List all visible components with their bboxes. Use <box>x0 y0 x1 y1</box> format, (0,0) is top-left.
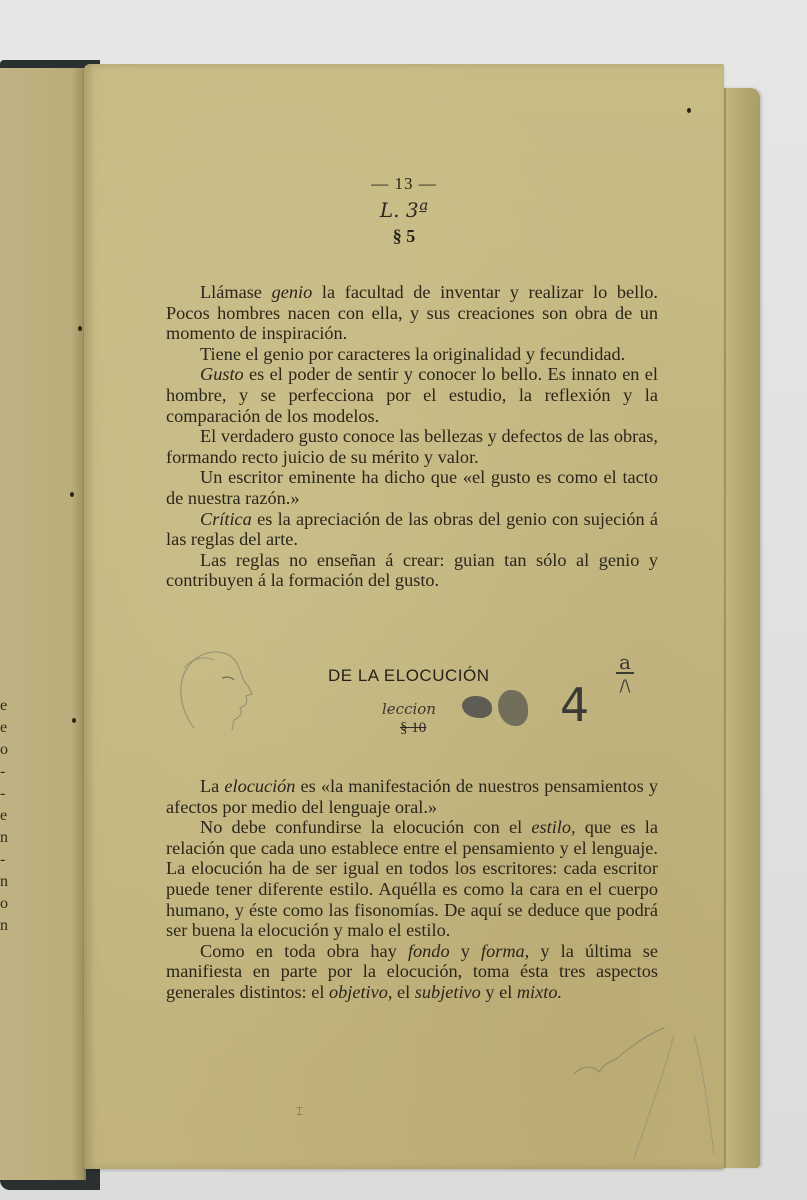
left-page-fragment: o <box>0 896 14 912</box>
italic-term: Gusto <box>200 364 244 384</box>
section-one-text: Llámase genio la facultad de inventar y … <box>166 282 658 591</box>
italic-term: fondo <box>408 941 450 961</box>
left-page-fragment: n <box>0 918 14 934</box>
left-page-fragment: e <box>0 808 14 824</box>
left-page-fragment: - <box>0 852 14 868</box>
text-run: y <box>450 941 481 961</box>
pencil-scribble <box>462 696 492 718</box>
left-page-fragment: e <box>0 720 14 736</box>
italic-term: subjetivo <box>415 982 481 1002</box>
binding-hole <box>70 492 74 497</box>
italic-term: objetivo, <box>329 982 392 1002</box>
text-run: El verdadero gusto conoce las bellezas y… <box>166 426 658 467</box>
chapter-title: DE LA ELOCUCIÓN <box>328 666 490 686</box>
paragraph: Llámase genio la facultad de inventar y … <box>166 282 658 344</box>
text-run: Un escritor eminente ha dicho que «el gu… <box>166 467 658 508</box>
text-run: La <box>200 776 224 796</box>
text-run: Tiene el genio por caracteres la origina… <box>200 344 625 364</box>
page-number: — 13 — <box>84 174 724 194</box>
paragraph: Como en toda obra hay fondo y forma, y l… <box>166 941 658 1003</box>
paragraph: Crítica es la apreciación de las obras d… <box>166 509 658 550</box>
italic-term: Crítica <box>200 509 252 529</box>
italic-term: elocución <box>224 776 295 796</box>
italic-term: genio <box>272 282 313 302</box>
text-run: el <box>392 982 414 1002</box>
left-page-fragment: e <box>0 698 14 714</box>
left-page-fragment: - <box>0 764 14 780</box>
pencil-face-sketch-icon <box>174 648 284 738</box>
ink-spot <box>687 108 691 113</box>
left-page-fragment: n <box>0 874 14 890</box>
handwritten-lesson-note: L. 3ª <box>84 198 724 222</box>
left-page-fragment: o <box>0 742 14 758</box>
section-mark: § 5 <box>84 226 724 247</box>
binding-hole <box>72 718 76 723</box>
text-run: Como en toda obra hay <box>200 941 408 961</box>
left-page-fragment: n <box>0 830 14 846</box>
pencil-scribble <box>498 690 528 726</box>
book-page: — 13 — L. 3ª § 5 Llámase genio la facult… <box>84 64 724 1169</box>
italic-term: forma, <box>481 941 529 961</box>
paragraph: Tiene el genio por caracteres la origina… <box>166 344 658 365</box>
text-run: Las reglas no enseñan á crear: guian tan… <box>166 550 658 591</box>
pencil-doodle-icon <box>554 1024 724 1164</box>
struck-section-mark: § 10 <box>400 720 426 737</box>
paragraph: Gusto es el poder de sentir y conocer lo… <box>166 364 658 426</box>
italic-term: estilo, <box>531 817 575 837</box>
paragraph: No debe confundirse la elocución con el … <box>166 817 658 941</box>
text-run: Llámase <box>200 282 272 302</box>
italic-term: mixto. <box>517 982 562 1002</box>
left-page-fragment: - <box>0 786 14 802</box>
handwritten-leccion-note: leccion <box>382 700 436 718</box>
left-page-edge: eeo--en-non <box>0 68 86 1180</box>
paragraph: Las reglas no enseñan á crear: guian tan… <box>166 550 658 591</box>
binding-hole <box>78 326 82 331</box>
bottom-page-mark: ⌶ <box>296 1104 303 1119</box>
page-header: — 13 — L. 3ª § 5 <box>84 174 724 247</box>
paragraph: La elocución es «la manifestación de nue… <box>166 776 658 817</box>
text-run: No debe confundirse la elocución con el <box>200 817 531 837</box>
pencil-number: 4 <box>560 678 589 732</box>
paragraph: El verdadero gusto conoce las bellezas y… <box>166 426 658 467</box>
pencil-superscript: a <box>619 650 631 674</box>
paragraph: Un escritor eminente ha dicho que «el gu… <box>166 467 658 508</box>
pencil-fraction: a /\ <box>616 652 634 696</box>
text-run: y el <box>481 982 517 1002</box>
section-two-text: La elocución es «la manifestación de nue… <box>166 776 658 1003</box>
